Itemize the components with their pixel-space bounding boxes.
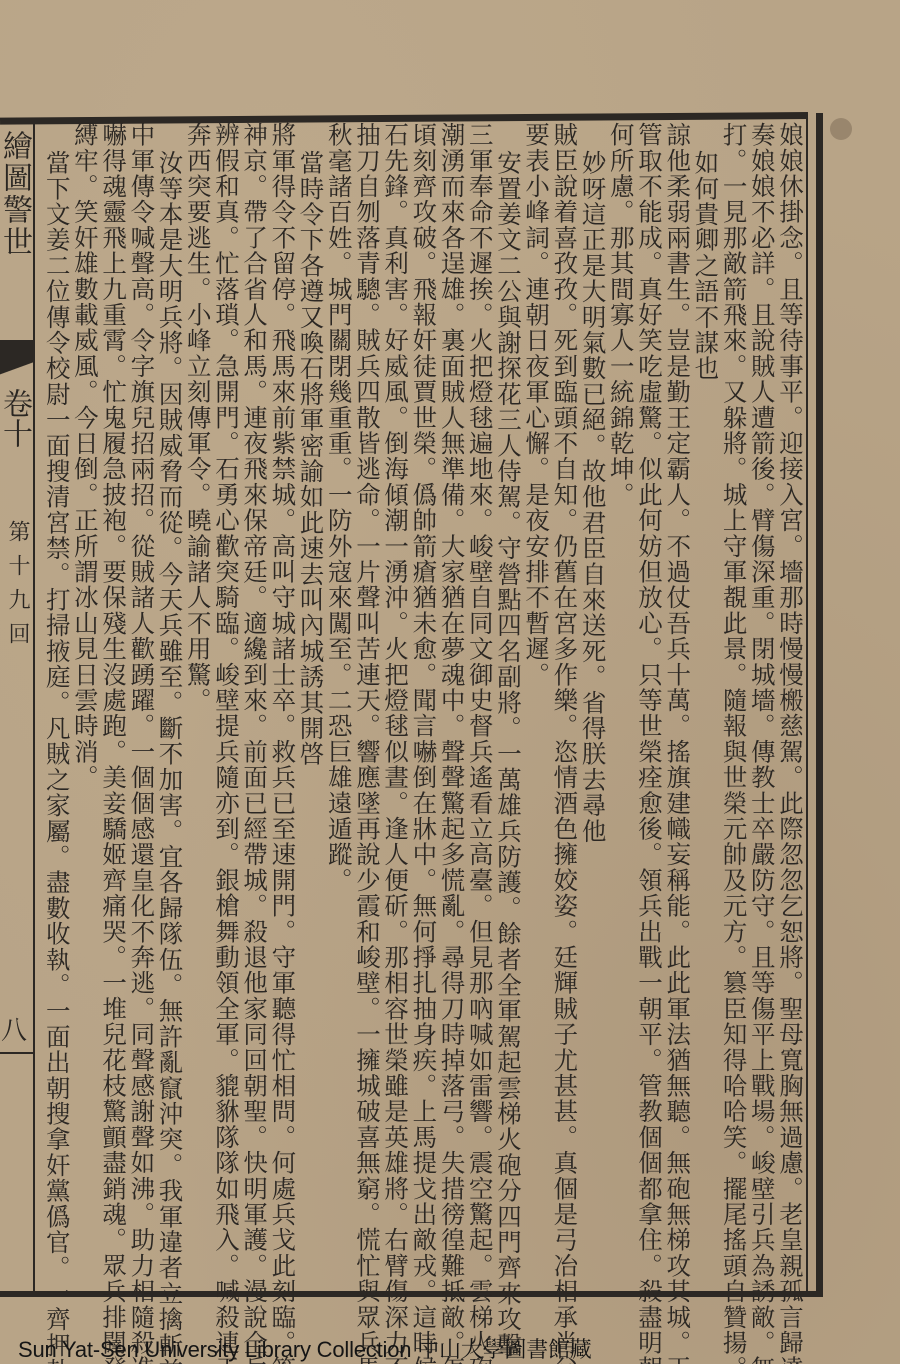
text-column-prose: 安置姜文二公與謝探花三人侍駕。守營點四名副將。一萬雄兵防護。餘者全軍駕起雲梯火砲… xyxy=(494,122,522,1290)
scanned-book-page: 繪圖警世 卷十 第十九回 八 娘娘休掛念。且等待事平。迎接入宮。墻那時慢慢㮽慈駕… xyxy=(0,0,900,1364)
text-column: 中軍傳令喊聲高。令字旗兒招兩招。從賊諸人歡踴躍。一個個感還皇化不奔逃。同聲感謝聲… xyxy=(127,122,155,1290)
text-column: 縛牢。笑奸雄數載威風。今日倒。正所謂冰山見日雲時消。 xyxy=(71,122,99,1290)
margin-divider-line xyxy=(33,118,35,1294)
text-column: 奔西突要逃生。小峰立刻傳軍令。曉諭諸人不用驚。 xyxy=(184,122,212,1290)
text-column: 抽刀自刎落青驄。賊兵四散皆逃命。一片聲叫苦連天。響應墜再說少霞和峻壁。一擁城破喜… xyxy=(353,122,381,1290)
volume-label: 卷十 xyxy=(0,388,28,448)
chapter-label: 第十九回 xyxy=(2,520,30,656)
credit-english: Sun Yat-Sen University Library Collectio… xyxy=(18,1337,411,1362)
text-column: 嚇得魂靈飛上九重霄。忙鬼履急披袍。要保殘生沒處跑。美妾驕姬齊痛哭。一堆兒花枝驚顫… xyxy=(99,122,127,1290)
text-column: 三軍奉命不遲挨。火把燈毬遍地來。峻壁自同文御史督兵遙看立高臺。但見那吶喊如雷響。… xyxy=(466,122,494,1290)
vertical-text-body: 娘娘休掛念。且等待事平。迎接入宮。墻那時慢慢㮽慈駕。此際忽忽乞恕將。聖母寬胸無過… xyxy=(36,122,804,1290)
book-title: 繪圖警世 xyxy=(0,130,28,258)
text-column: 要表小峰詞。連朝日夜軍心懈。是夜安排不暫遲。 xyxy=(522,122,550,1290)
text-column: 管取不能成。真好笑吃虛驚。似此何妨但放心。只等世榮痊愈後。領兵出戰一朝平。管教個… xyxy=(635,122,663,1290)
page-margin-column: 繪圖警世 卷十 第十九回 八 xyxy=(0,118,33,1292)
text-column-prose: 當時令下各遵又喚石將軍密諭如此速去叫內城誘其開啓 xyxy=(296,122,324,1290)
paper-stain xyxy=(830,118,852,140)
text-column: 將軍得令不留停。飛馬來前紫禁城。高叫守城諸士卒。救兵已至速開門。守軍聽得忙相問。… xyxy=(268,122,296,1290)
text-column: 頃刻齊攻破。飛報奸徒賈世榮。僞帥箭瘡猶未愈。聞言嚇倒在牀中。無何掙扎抽身疾。上馬… xyxy=(409,122,437,1290)
text-column-prose: 如何貴卿之語不謀也 xyxy=(691,122,719,1290)
text-column: 石先鋒。真利害。好威風。倒海傾潮一湧沖。火把燈毬似晝。逢人便斫。那相容世榮雖是英… xyxy=(381,122,409,1290)
text-column-prose: 當下文姜二位傳令校尉一面搜清宮禁。打掃掖庭。凡賊之家屬。盡數收執。一面出朝搜拿奸… xyxy=(43,122,71,1290)
text-column: 賊臣說着喜孜孜。死到臨頭不自知。仍舊在宮多作樂。恣情酒色擁姣姿。廷輝賊子尤甚甚。… xyxy=(550,122,578,1290)
text-column: 何所慮。那其間寡人一統錦乾坤。 xyxy=(607,122,635,1290)
page-number: 八 xyxy=(0,1010,28,1047)
text-column: 奏娘娘不必詳。且說賊人遭箭後。臂傷深重。閉城墻。傳教士卒嚴防守。且等傷平上戰場。… xyxy=(748,122,776,1290)
credit-chinese: 中山大學圖書館藏 xyxy=(417,1338,591,1363)
text-column: 秋毫諸百姓。城門關閉幾重重。一防外寇來闖至。二恐巨雄遠遁蹤。 xyxy=(325,122,353,1290)
collection-credit: Sun Yat-Sen University Library Collectio… xyxy=(18,1333,592,1364)
text-column-prose: 妙呀這正是大明氣數已絕。故他君臣自來送死。省得朕去尋他 xyxy=(578,122,606,1290)
text-column: 娘娘休掛念。且等待事平。迎接入宮。墻那時慢慢㮽慈駕。此際忽忽乞恕將。聖母寬胸無過… xyxy=(776,122,804,1290)
text-column: 辨假和真。忙落瑣。急開門。石勇心歡突騎臨。峻壁提兵隨亦到。銀槍舞動領全軍。貔貅隊… xyxy=(212,122,240,1290)
text-column: 神京。帶了合省人和馬。連夜飛來保帝廷。適纔到來。前面已經帶城。殺退他家同回朝聖。… xyxy=(240,122,268,1290)
text-column: 打。一見那敵箭飛來。又躲將。城上守軍覩此景。隨報與世榮元帥及元方。篡臣知得哈哈笑… xyxy=(719,122,747,1290)
text-column: 潮湧而來各逞雄。裏面賊人無準備。大家猶在夢魂中。聲聲驚起多慌亂。尋得刀時掉落弓。… xyxy=(437,122,465,1290)
right-border-inner xyxy=(806,116,808,1294)
text-column: 諒他柔弱兩書生。豈是勤王定霸人。不過仗吾兵十萬。搖旗建幟妄稱能。此此軍法猶無聽。… xyxy=(663,122,691,1290)
text-column-prose: 汝等本是大明兵將。因賊威脅而從。今天兵雖至。斷不加害。宜各歸隊伍。無許亂竄沖突。… xyxy=(155,122,183,1290)
fish-tail-mark xyxy=(0,340,33,390)
right-border-outer xyxy=(816,113,823,1297)
margin-tick-line xyxy=(0,1052,33,1054)
